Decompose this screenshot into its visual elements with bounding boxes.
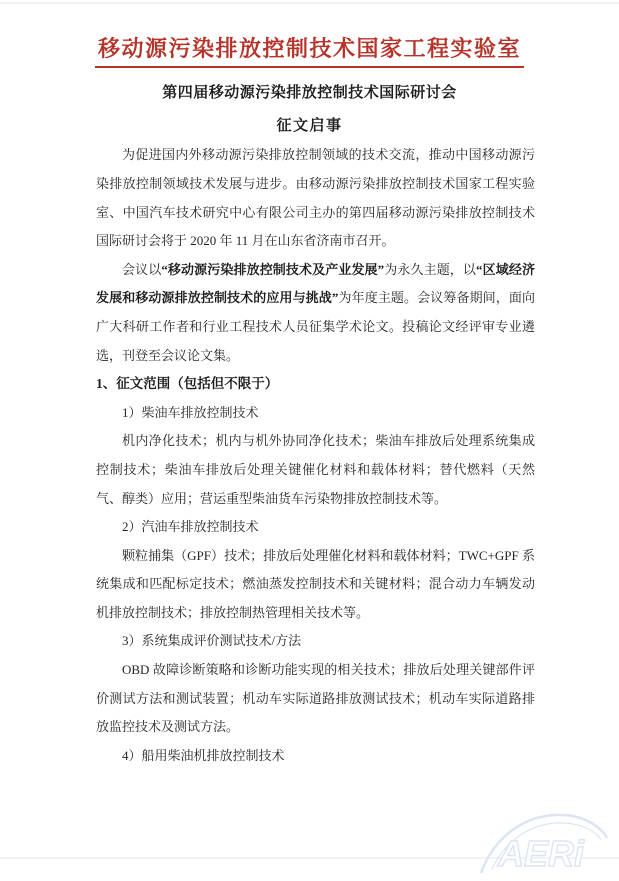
document-page: 移动源污染排放控制技术国家工程实验室 第四届移动源污染排放控制技术国际研讨会 征…	[0, 0, 619, 881]
scope-item-4-title: 4）船用柴油机排放控制技术	[96, 742, 535, 771]
scope-item-3-title: 3）系统集成评价测试技术/方法	[96, 627, 535, 656]
intro-paragraph-2: 会议以“移动源污染排放控制技术及产业发展”为永久主题，以“区域经济发展和移动源排…	[96, 256, 535, 370]
watermark-swoosh-inner	[492, 823, 601, 869]
notice-title: 征文启事	[0, 114, 619, 135]
letterhead: 移动源污染排放控制技术国家工程实验室 第四届移动源污染排放控制技术国际研讨会 征…	[0, 0, 619, 135]
intro-paragraph-1: 为促进国内外移动源污染排放控制领域的技术交流，推动中国移动源污染排放控制领域技术…	[96, 141, 535, 255]
document-body: 为促进国内外移动源污染排放控制领域的技术交流，推动中国移动源污染排放控制领域技术…	[96, 141, 535, 770]
scope-item-2-title: 2）汽油车排放控制技术	[96, 513, 535, 542]
scope-item-3-body: OBD 故障诊断策略和诊断功能实现的相关技术；排放后处理关键部件评价测试方法和测…	[96, 656, 535, 742]
conference-title: 第四届移动源污染排放控制技术国际研讨会	[0, 81, 619, 102]
aeri-watermark: AERi	[0, 795, 619, 881]
scope-item-1-body: 机内净化技术；机内与机外协同净化技术；柴油车排放后处理系统集成控制技术；柴油车排…	[96, 427, 535, 513]
watermark-swoosh	[481, 815, 607, 873]
scope-heading: 1、征文范围（包括但不限于）	[96, 370, 535, 399]
scope-item-1-title: 1）柴油车排放控制技术	[96, 399, 535, 428]
scope-item-2-body: 颗粒捕集（GPF）技术；排放后处理催化材料和载体材料；TWC+GPF 系统集成和…	[96, 542, 535, 628]
lab-title: 移动源污染排放控制技术国家工程实验室	[95, 36, 524, 68]
watermark-logo-text: AERi	[497, 833, 585, 874]
